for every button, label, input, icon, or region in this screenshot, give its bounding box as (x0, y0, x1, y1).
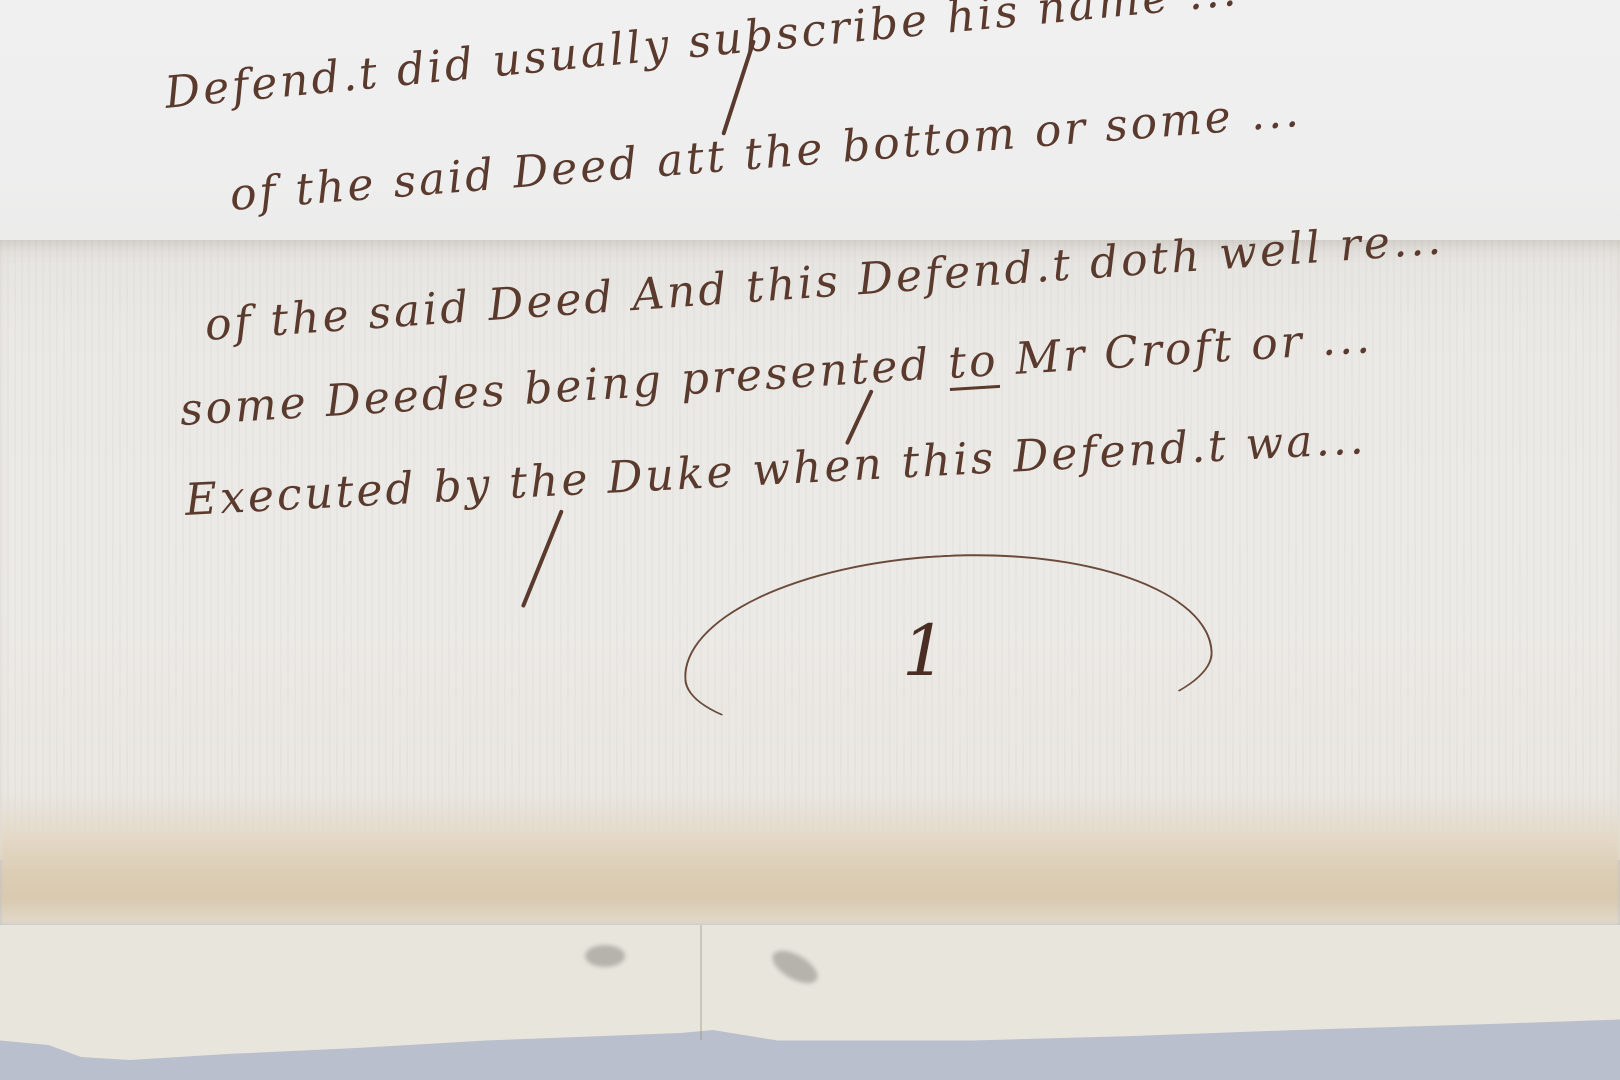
document-photo: Defend.t did usually subscribe his name … (0, 0, 1620, 1080)
folio-number: 1 (902, 610, 947, 692)
paper-tear (700, 925, 702, 1040)
underlined-word: to (947, 335, 1000, 389)
water-stain (0, 795, 1620, 925)
torn-paper-edge (0, 925, 1620, 1075)
smudge-mark (585, 945, 625, 967)
